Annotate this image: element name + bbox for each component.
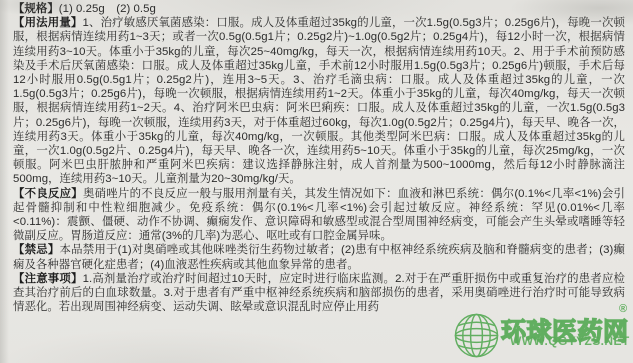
section-heading: 【注意事项】	[13, 273, 83, 285]
leaflet-section: 【规格】(1) 0.25g (2) 0.5g	[13, 2, 625, 16]
globe-icon	[453, 312, 500, 359]
section-heading: 【不良反应】	[13, 188, 83, 200]
watermark-url-text: WWW.QGYYZS.NET	[510, 334, 630, 348]
leaflet-section: 【用法用量】1、治疗敏感厌氧菌感染：口服。成人及体重超过35kg的儿童，一次1.…	[13, 16, 625, 186]
section-body: 本品禁用于(1)对奥硝唑或其他咪唑类衍生药物过敏者；(2)患有中枢神经系统疾病及…	[13, 244, 625, 270]
section-body: (1) 0.25g (2) 0.5g	[59, 3, 156, 15]
section-heading: 【规格】	[13, 3, 59, 15]
watermark: 环球医药网 ® WWW.QGYYZS.NET	[450, 302, 633, 361]
section-heading: 【用法用量】	[13, 17, 82, 29]
section-heading: 【禁忌】	[13, 244, 60, 256]
leaflet-section: 【禁忌】本品禁用于(1)对奥硝唑或其他咪唑类衍生药物过敏者；(2)患有中枢神经系…	[13, 243, 625, 271]
section-body: 1、治疗敏感厌氧菌感染：口服。成人及体重超过35kg的儿童，一次1.5g(0.5…	[13, 17, 625, 185]
leaflet-text: 【规格】(1) 0.25g (2) 0.5g【用法用量】1、治疗敏感厌氧菌感染：…	[13, 2, 625, 314]
leaflet-section: 【不良反应】奥硝唑片的不良反应一般与服用剂量有关，其发生情况如下：血液和淋巴系统…	[13, 187, 625, 244]
registered-trademark-icon: ®	[619, 303, 627, 315]
drug-leaflet-page: 【规格】(1) 0.25g (2) 0.5g【用法用量】1、治疗敏感厌氧菌感染：…	[0, 0, 633, 363]
section-body: 奥硝唑片的不良反应一般与服用剂量有关，其发生情况如下：血液和淋巴系统：偶尔(0.…	[13, 188, 625, 243]
